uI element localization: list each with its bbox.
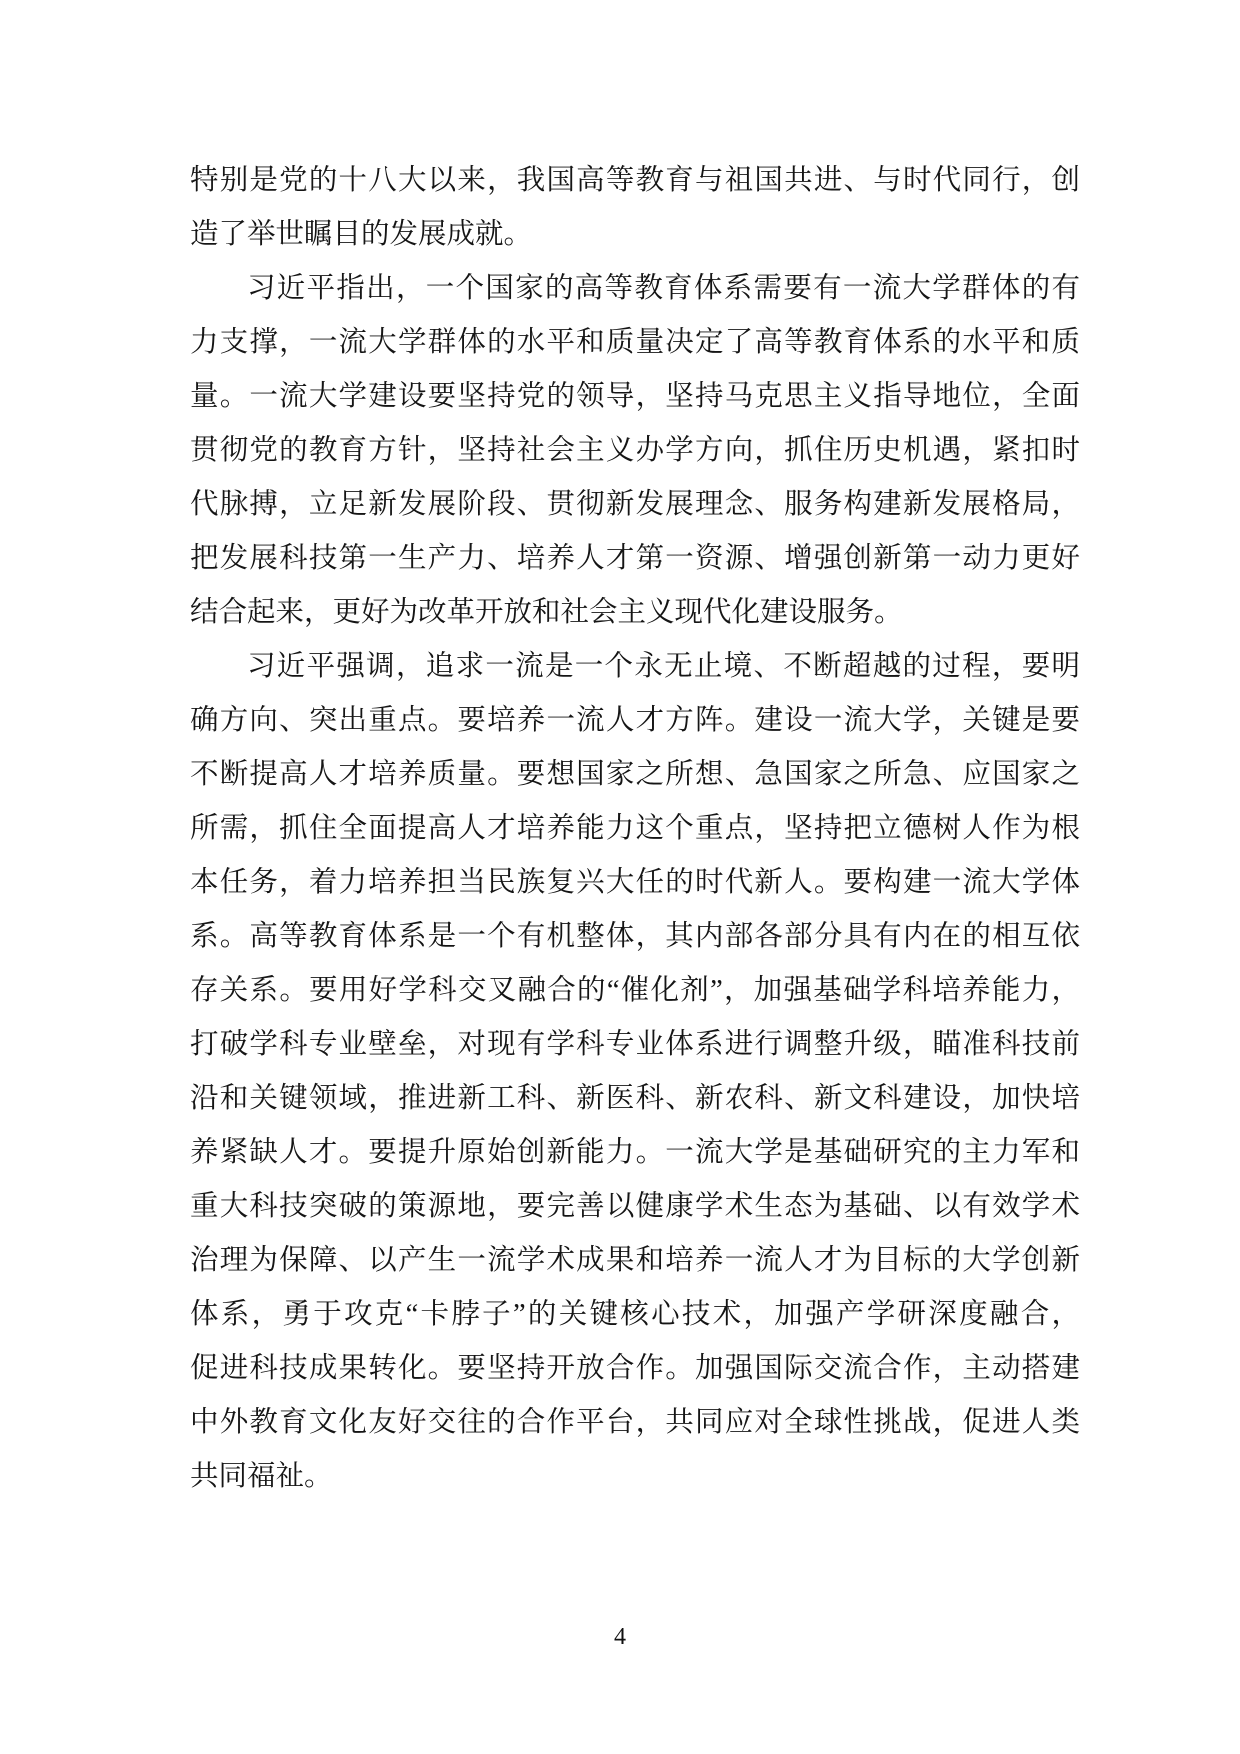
text-line: 确方向、突出重点。要培养一流人才方阵。建设一流大学，关键是要 (190, 694, 1080, 748)
text-line: 造了举世瞩目的发展成就。 (190, 208, 1080, 262)
text-line: 不断提高人才培养质量。要想国家之所想、急国家之所急、应国家之 (190, 748, 1080, 802)
text-line: 特别是党的十八大以来，我国高等教育与祖国共进、与时代同行，创 (190, 154, 1080, 208)
text-line: 所需，抓住全面提高人才培养能力这个重点，坚持把立德树人作为根 (190, 802, 1080, 856)
text-line: 量。一流大学建设要坚持党的领导，坚持马克思主义指导地位，全面 (190, 370, 1080, 424)
text-line: 沿和关键领域，推进新工科、新医科、新农科、新文科建设，加快培 (190, 1072, 1080, 1126)
text-line: 打破学科专业壁垒，对现有学科专业体系进行调整升级，瞄准科技前 (190, 1018, 1080, 1072)
text-line: 贯彻党的教育方针，坚持社会主义办学方向，抓住历史机遇，紧扣时 (190, 424, 1080, 478)
page-number: 4 (0, 1620, 1240, 1654)
text-line: 本任务，着力培养担当民族复兴大任的时代新人。要构建一流大学体 (190, 856, 1080, 910)
text-line: 中外教育文化友好交往的合作平台，共同应对全球性挑战，促进人类 (190, 1396, 1080, 1450)
text-line: 把发展科技第一生产力、培养人才第一资源、增强创新第一动力更好 (190, 532, 1080, 586)
text-line: 治理为保障、以产生一流学术成果和培养一流人才为目标的大学创新 (190, 1234, 1080, 1288)
text-line: 存关系。要用好学科交叉融合的“催化剂”，加强基础学科培养能力， (190, 964, 1080, 1018)
text-line: 习近平指出，一个国家的高等教育体系需要有一流大学群体的有 (190, 262, 1080, 316)
text-line: 体系，勇于攻克“卡脖子”的关键核心技术，加强产学研深度融合， (190, 1288, 1080, 1342)
text-line: 结合起来，更好为改革开放和社会主义现代化建设服务。 (190, 586, 1080, 640)
text-line: 习近平强调，追求一流是一个永无止境、不断超越的过程，要明 (190, 640, 1080, 694)
text-line: 力支撑，一流大学群体的水平和质量决定了高等教育体系的水平和质 (190, 316, 1080, 370)
text-line: 重大科技突破的策源地，要完善以健康学术生态为基础、以有效学术 (190, 1180, 1080, 1234)
text-line: 养紧缺人才。要提升原始创新能力。一流大学是基础研究的主力军和 (190, 1126, 1080, 1180)
text-line: 系。高等教育体系是一个有机整体，其内部各部分具有内在的相互依 (190, 910, 1080, 964)
document-body: 特别是党的十八大以来，我国高等教育与祖国共进、与时代同行，创造了举世瞩目的发展成… (190, 154, 1080, 1504)
text-line: 代脉搏，立足新发展阶段、贯彻新发展理念、服务构建新发展格局， (190, 478, 1080, 532)
document-page: 特别是党的十八大以来，我国高等教育与祖国共进、与时代同行，创造了举世瞩目的发展成… (0, 0, 1240, 1754)
text-line: 共同福祉。 (190, 1450, 1080, 1504)
text-line: 促进科技成果转化。要坚持开放合作。加强国际交流合作，主动搭建 (190, 1342, 1080, 1396)
